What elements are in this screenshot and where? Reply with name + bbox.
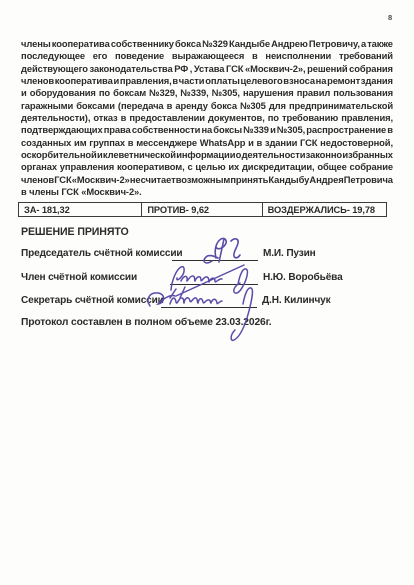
- paragraph-line: членовГСК«Москвич-2»несчитаетвозможнымпр…: [21, 174, 393, 186]
- paragraph-line: созданныхимгруппахвмессенджереWhatsAppив…: [21, 137, 393, 149]
- signature-name-kilinchuk: Д.Н. Килинчук: [262, 295, 331, 306]
- paragraph-line: действующегозаконодательстваРФ,УставаГСК…: [21, 63, 393, 75]
- paragraph-line: подтверждающихправасобственностинабоксы№…: [21, 124, 393, 136]
- signature-role-chairman: Председатель счётной комиссии: [21, 248, 183, 259]
- paragraph-line: последующееегоповедениевыражающеесявнеис…: [21, 50, 393, 62]
- vote-cell-za: ЗА- 181,32: [19, 203, 142, 216]
- paragraph-line: оскорбительнойиклеветническойинформациио…: [21, 149, 393, 161]
- vote-cell-vozderzhalis: ВОЗДЕРЖАЛИСЬ- 19,78: [263, 203, 386, 216]
- signature-rule: [161, 297, 257, 308]
- main-paragraph: членыкооперативасобственникубокса№329Кан…: [21, 38, 393, 198]
- vote-results-table: ЗА- 181,32 ПРОТИВ- 9,62 ВОЗДЕРЖАЛИСЬ- 19…: [18, 202, 387, 217]
- page-number: 8: [388, 13, 392, 22]
- signature-role-member: Член счётной комиссии: [21, 272, 137, 283]
- signature-role-secretary: Секретарь счётной комиссии: [21, 295, 164, 306]
- paragraph-line: гаражнымибоксами(передачаварендубокса№30…: [21, 100, 393, 112]
- paragraph-line: членовкооперативаиправления,вчастиоплаты…: [21, 75, 393, 87]
- signature-name-vorobyova: Н.Ю. Воробьёва: [263, 272, 343, 283]
- paragraph-line: иоборудованияпобоксам№329,№339,№305,нару…: [21, 87, 393, 99]
- paragraph-line: в члены ГСК «Москвич-2».: [21, 186, 393, 198]
- paragraph-line: органахуправлениякооперативом,сцельюихди…: [21, 161, 393, 173]
- protocol-date-line: Протокол составлен в полном объеме 23.03…: [21, 317, 271, 328]
- signature-rule: [170, 274, 258, 285]
- signature-rule: [172, 250, 258, 261]
- paragraph-line: членыкооперативасобственникубокса№329Кан…: [21, 38, 393, 50]
- vote-cell-protiv: ПРОТИВ- 9,62: [142, 203, 262, 216]
- document-page: 8 членыкооперативасобственникубокса№329К…: [0, 0, 414, 585]
- paragraph-line: деятельности),отказвпредоставлениидокуме…: [21, 112, 393, 124]
- decision-heading: РЕШЕНИЕ ПРИНЯТО: [21, 226, 129, 238]
- signature-name-puzin: М.И. Пузин: [263, 248, 316, 259]
